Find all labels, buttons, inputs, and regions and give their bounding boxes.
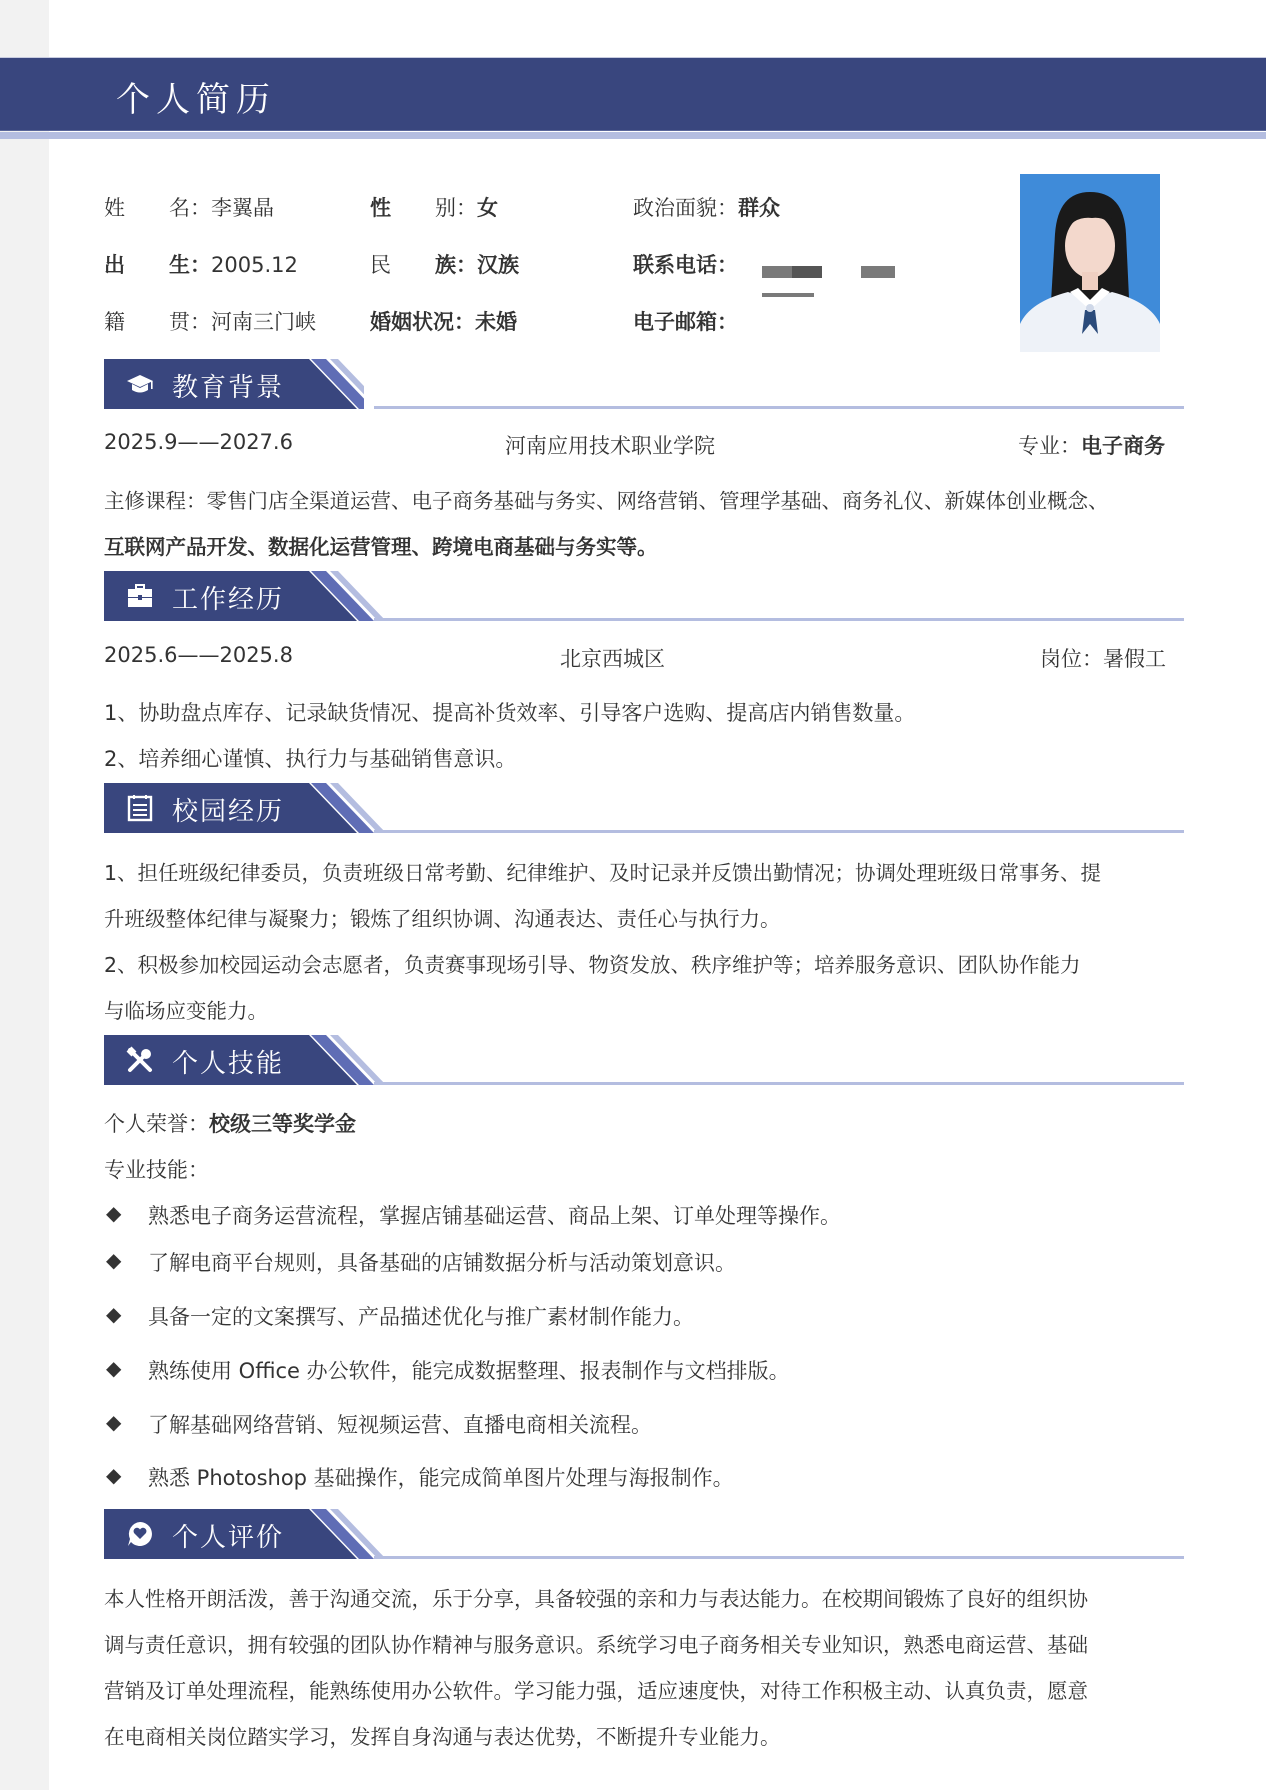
section-header-skills: 个人技能 [104, 1035, 1184, 1087]
section-divider [374, 830, 1184, 833]
section-title: 教育背景 [172, 367, 284, 404]
section-title: 校园经历 [172, 791, 284, 828]
diamond-bullet-icon: ◆ [106, 1302, 121, 1326]
label: 岗位： [1040, 647, 1103, 671]
skill-item: 具备一定的文案撰写、产品描述优化与推广素材制作能力。 [148, 1301, 694, 1331]
label: 出 [104, 253, 125, 277]
briefcase-icon [126, 582, 154, 610]
value: 电子商务 [1081, 434, 1165, 458]
diamond-bullet-icon: ◆ [106, 1201, 121, 1225]
section-divider [374, 406, 1184, 409]
title-underline [0, 132, 1266, 139]
education-period: 2025.9——2027.6 [104, 430, 293, 454]
title-bar: 个人简历 [0, 57, 1266, 131]
skill-item: 熟悉 Photoshop 基础操作，能完成简单图片处理与海报制作。 [148, 1462, 734, 1492]
label: 个人荣誉： [104, 1112, 209, 1136]
work-item: 2、培养细心谨慎、执行力与基础销售意识。 [104, 743, 516, 773]
value: 河南三门峡 [211, 310, 316, 334]
work-position: 岗位：暑假工 [1040, 643, 1166, 673]
info-birth: 出生：2005.12 [104, 249, 298, 279]
diamond-bullet-icon: ◆ [106, 1463, 121, 1487]
value: 群众 [738, 196, 780, 220]
label: 性 [370, 196, 391, 220]
section-title: 工作经历 [172, 579, 284, 616]
label: 联系电话： [633, 253, 738, 277]
diamond-bullet-icon: ◆ [106, 1248, 121, 1272]
value: 李翼晶 [211, 196, 274, 220]
redacted-phone [861, 266, 895, 278]
skills-label: 专业技能： [104, 1154, 209, 1184]
skill-item: 熟练使用 Office 办公软件，能完成数据整理、报表制作与文档排版。 [148, 1355, 790, 1385]
label: 籍 [104, 310, 125, 334]
section-divider [374, 618, 1184, 621]
education-courses: 互联网产品开发、数据化运营管理、跨境电商基础与务实等。 [104, 530, 658, 560]
campus-line: 2、积极参加校园运动会志愿者，负责赛事现场引导、物资发放、秩序维护等；培养服务意… [104, 948, 1081, 978]
evaluation-line: 在电商相关岗位踏实学习，发挥自身沟通与表达优势，不断提升专业能力。 [104, 1720, 781, 1750]
education-major: 专业：电子商务 [1018, 430, 1165, 460]
campus-line: 与临场应变能力。 [104, 994, 268, 1024]
info-gender: 性别：女 [370, 192, 498, 222]
skill-item: 了解电商平台规则，具备基础的店铺数据分析与活动策划意识。 [148, 1247, 736, 1277]
heart-chat-icon [126, 1520, 154, 1548]
label: 族： [435, 253, 477, 277]
campus-line: 升班级整体纪律与凝聚力；锻炼了组织协调、沟通表达、责任心与执行力。 [104, 902, 781, 932]
redacted-phone [762, 266, 792, 278]
evaluation-line: 本人性格开朗活泼，善于沟通交流，乐于分享，具备较强的亲和力与表达能力。在校期间锻… [104, 1582, 1088, 1612]
evaluation-line: 调与责任意识，拥有较强的团队协作精神与服务意识。系统学习电子商务相关专业知识，熟… [104, 1628, 1088, 1658]
info-name: 姓名：李翼晶 [104, 192, 274, 222]
section-title: 个人技能 [172, 1043, 284, 1080]
value: 2005.12 [211, 253, 298, 277]
work-item: 1、协助盘点库存、记录缺货情况、提高补货效率、引导客户选购、提高店内销售数量。 [104, 697, 915, 727]
page-title: 个人简历 [116, 72, 276, 121]
diamond-bullet-icon: ◆ [106, 1410, 121, 1434]
label: 贯： [169, 310, 211, 334]
section-header-campus: 校园经历 [104, 783, 1184, 835]
section-header-education: 教育背景 [104, 359, 1184, 411]
section-divider [374, 1556, 1184, 1559]
label: 生： [169, 253, 211, 277]
skills-honor: 个人荣誉：校级三等奖学金 [104, 1108, 356, 1138]
education-courses: 主修课程：零售门店全渠道运营、电子商务基础与务实、网络营销、管理学基础、商务礼仪… [104, 484, 1109, 514]
redacted-email [762, 293, 814, 297]
label: 姓 [104, 196, 125, 220]
work-location: 北京西城区 [560, 643, 665, 673]
value: 暑假工 [1103, 647, 1166, 671]
label: 别： [435, 196, 477, 220]
info-hometown: 籍贯：河南三门峡 [104, 306, 316, 336]
skill-item: 熟悉电子商务运营流程，掌握店铺基础运营、商品上架、订单处理等操作。 [148, 1200, 841, 1230]
work-period: 2025.6——2025.8 [104, 643, 293, 667]
info-political: 政治面貌：群众 [633, 192, 780, 222]
label: 名： [169, 196, 211, 220]
value: 未婚 [475, 310, 517, 334]
left-gutter [0, 0, 49, 1790]
info-phone: 联系电话： [633, 249, 738, 279]
label: 政治面貌： [633, 196, 738, 220]
section-divider [374, 1082, 1184, 1085]
info-ethnicity: 民族：汉族 [370, 249, 519, 279]
education-school: 河南应用技术职业学院 [505, 430, 715, 460]
value: 校级三等奖学金 [209, 1112, 356, 1136]
section-header-work: 工作经历 [104, 571, 1184, 623]
label: 专业： [1018, 434, 1081, 458]
info-marital: 婚姻状况：未婚 [370, 306, 517, 336]
info-email: 电子邮箱： [633, 306, 738, 336]
label: 民 [370, 253, 391, 277]
profile-photo [1020, 174, 1160, 352]
value: 女 [477, 196, 498, 220]
section-header-evaluation: 个人评价 [104, 1509, 1184, 1561]
redacted-phone [792, 266, 822, 278]
label: 电子邮箱： [633, 310, 738, 334]
graduation-cap-icon [126, 370, 154, 398]
campus-line: 1、担任班级纪律委员，负责班级日常考勤、纪律维护、及时记录并反馈出勤情况；协调处… [104, 856, 1101, 886]
list-icon [126, 794, 154, 822]
section-title: 个人评价 [172, 1517, 284, 1554]
portrait-illustration [1020, 174, 1160, 352]
skill-item: 了解基础网络营销、短视频运营、直播电商相关流程。 [148, 1409, 652, 1439]
label: 婚姻状况： [370, 310, 475, 334]
value: 汉族 [477, 253, 519, 277]
diamond-bullet-icon: ◆ [106, 1356, 121, 1380]
tools-icon [126, 1046, 154, 1074]
evaluation-line: 营销及订单处理流程，能熟练使用办公软件。学习能力强，适应速度快，对待工作积极主动… [104, 1674, 1088, 1704]
